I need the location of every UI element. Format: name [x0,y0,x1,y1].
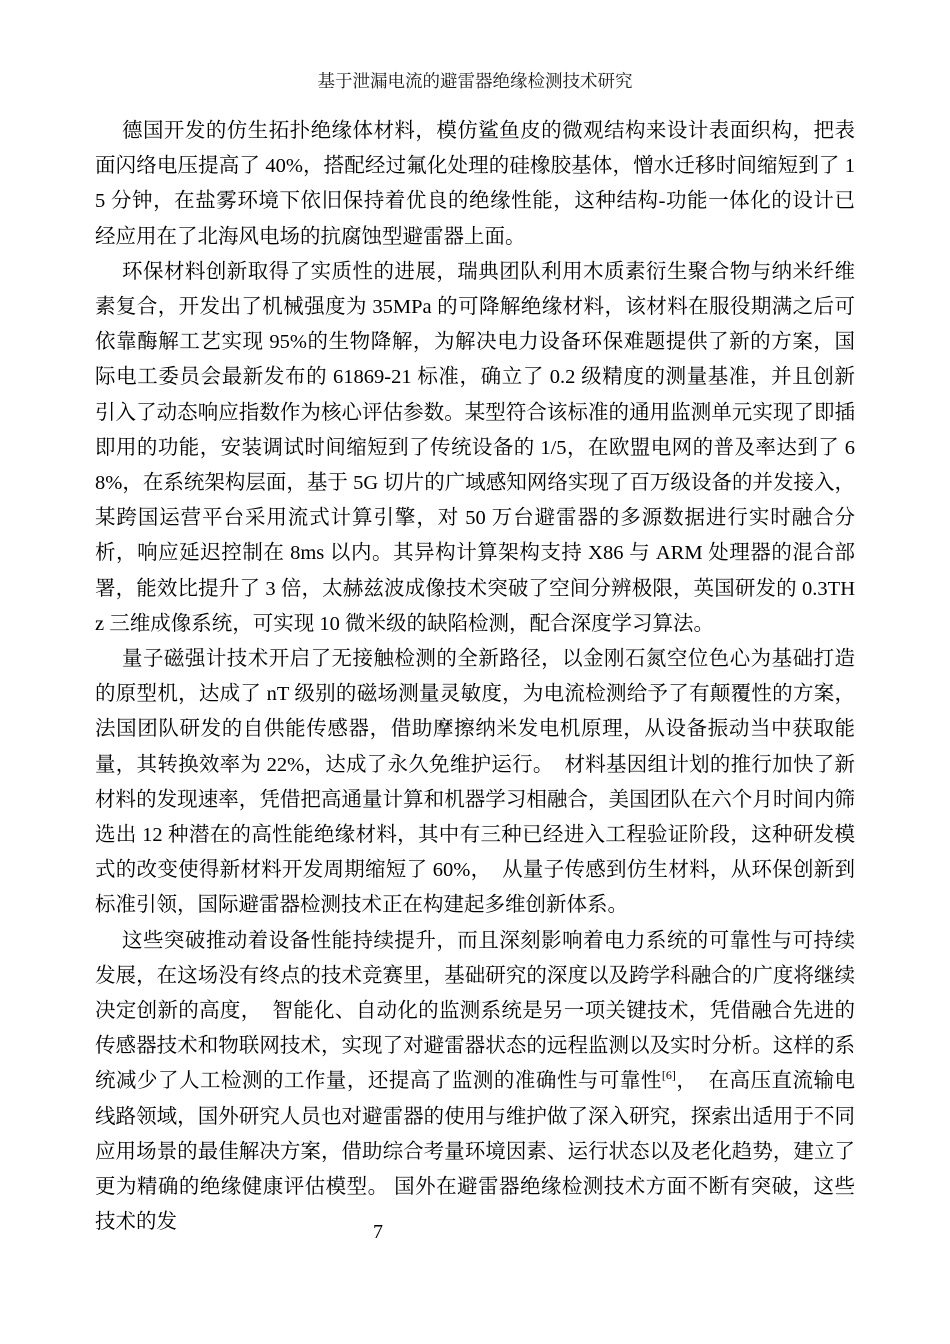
document-page: 基于泄漏电流的避雷器绝缘检测技术研究 德国开发的仿生拓扑绝缘体材料，模仿鲨鱼皮的… [0,0,950,1344]
paragraph-text-after-citation: ， 在高压直流输电线路领域，国外研究人员也对避雷器的使用与维护做了深入研究，探索… [95,1070,855,1233]
body-paragraph-with-citation: 这些突破推动着设备性能持续提升，而且深刻影响着电力系统的可靠性与可持续发展，在这… [95,924,855,1241]
page-header: 基于泄漏电流的避雷器绝缘检测技术研究 [0,68,950,94]
page-footer: 7 [0,1218,950,1248]
body-paragraph: 德国开发的仿生拓扑绝缘体材料，模仿鲨鱼皮的微观结构来设计表面织构，把表面闪络电压… [95,114,855,255]
body-paragraph: 量子磁强计技术开启了无接触检测的全新路径，以金刚石氮空位色心为基础打造的原型机，… [95,642,855,924]
paragraph-text-before-citation: 这些突破推动着设备性能持续提升，而且深刻影响着电力系统的可靠性与可持续发展，在这… [95,930,855,1093]
document-header-title: 基于泄漏电流的避雷器绝缘检测技术研究 [318,71,633,91]
body-paragraph: 环保材料创新取得了实质性的进展，瑞典团队利用木质素衍生聚合物与纳米纤维素复合，开… [95,255,855,642]
page-number: 7 [370,1218,386,1246]
citation-marker: [6] [662,1069,676,1083]
document-body: 德国开发的仿生拓扑绝缘体材料，模仿鲨鱼皮的微观结构来设计表面织构，把表面闪络电压… [95,114,855,1241]
